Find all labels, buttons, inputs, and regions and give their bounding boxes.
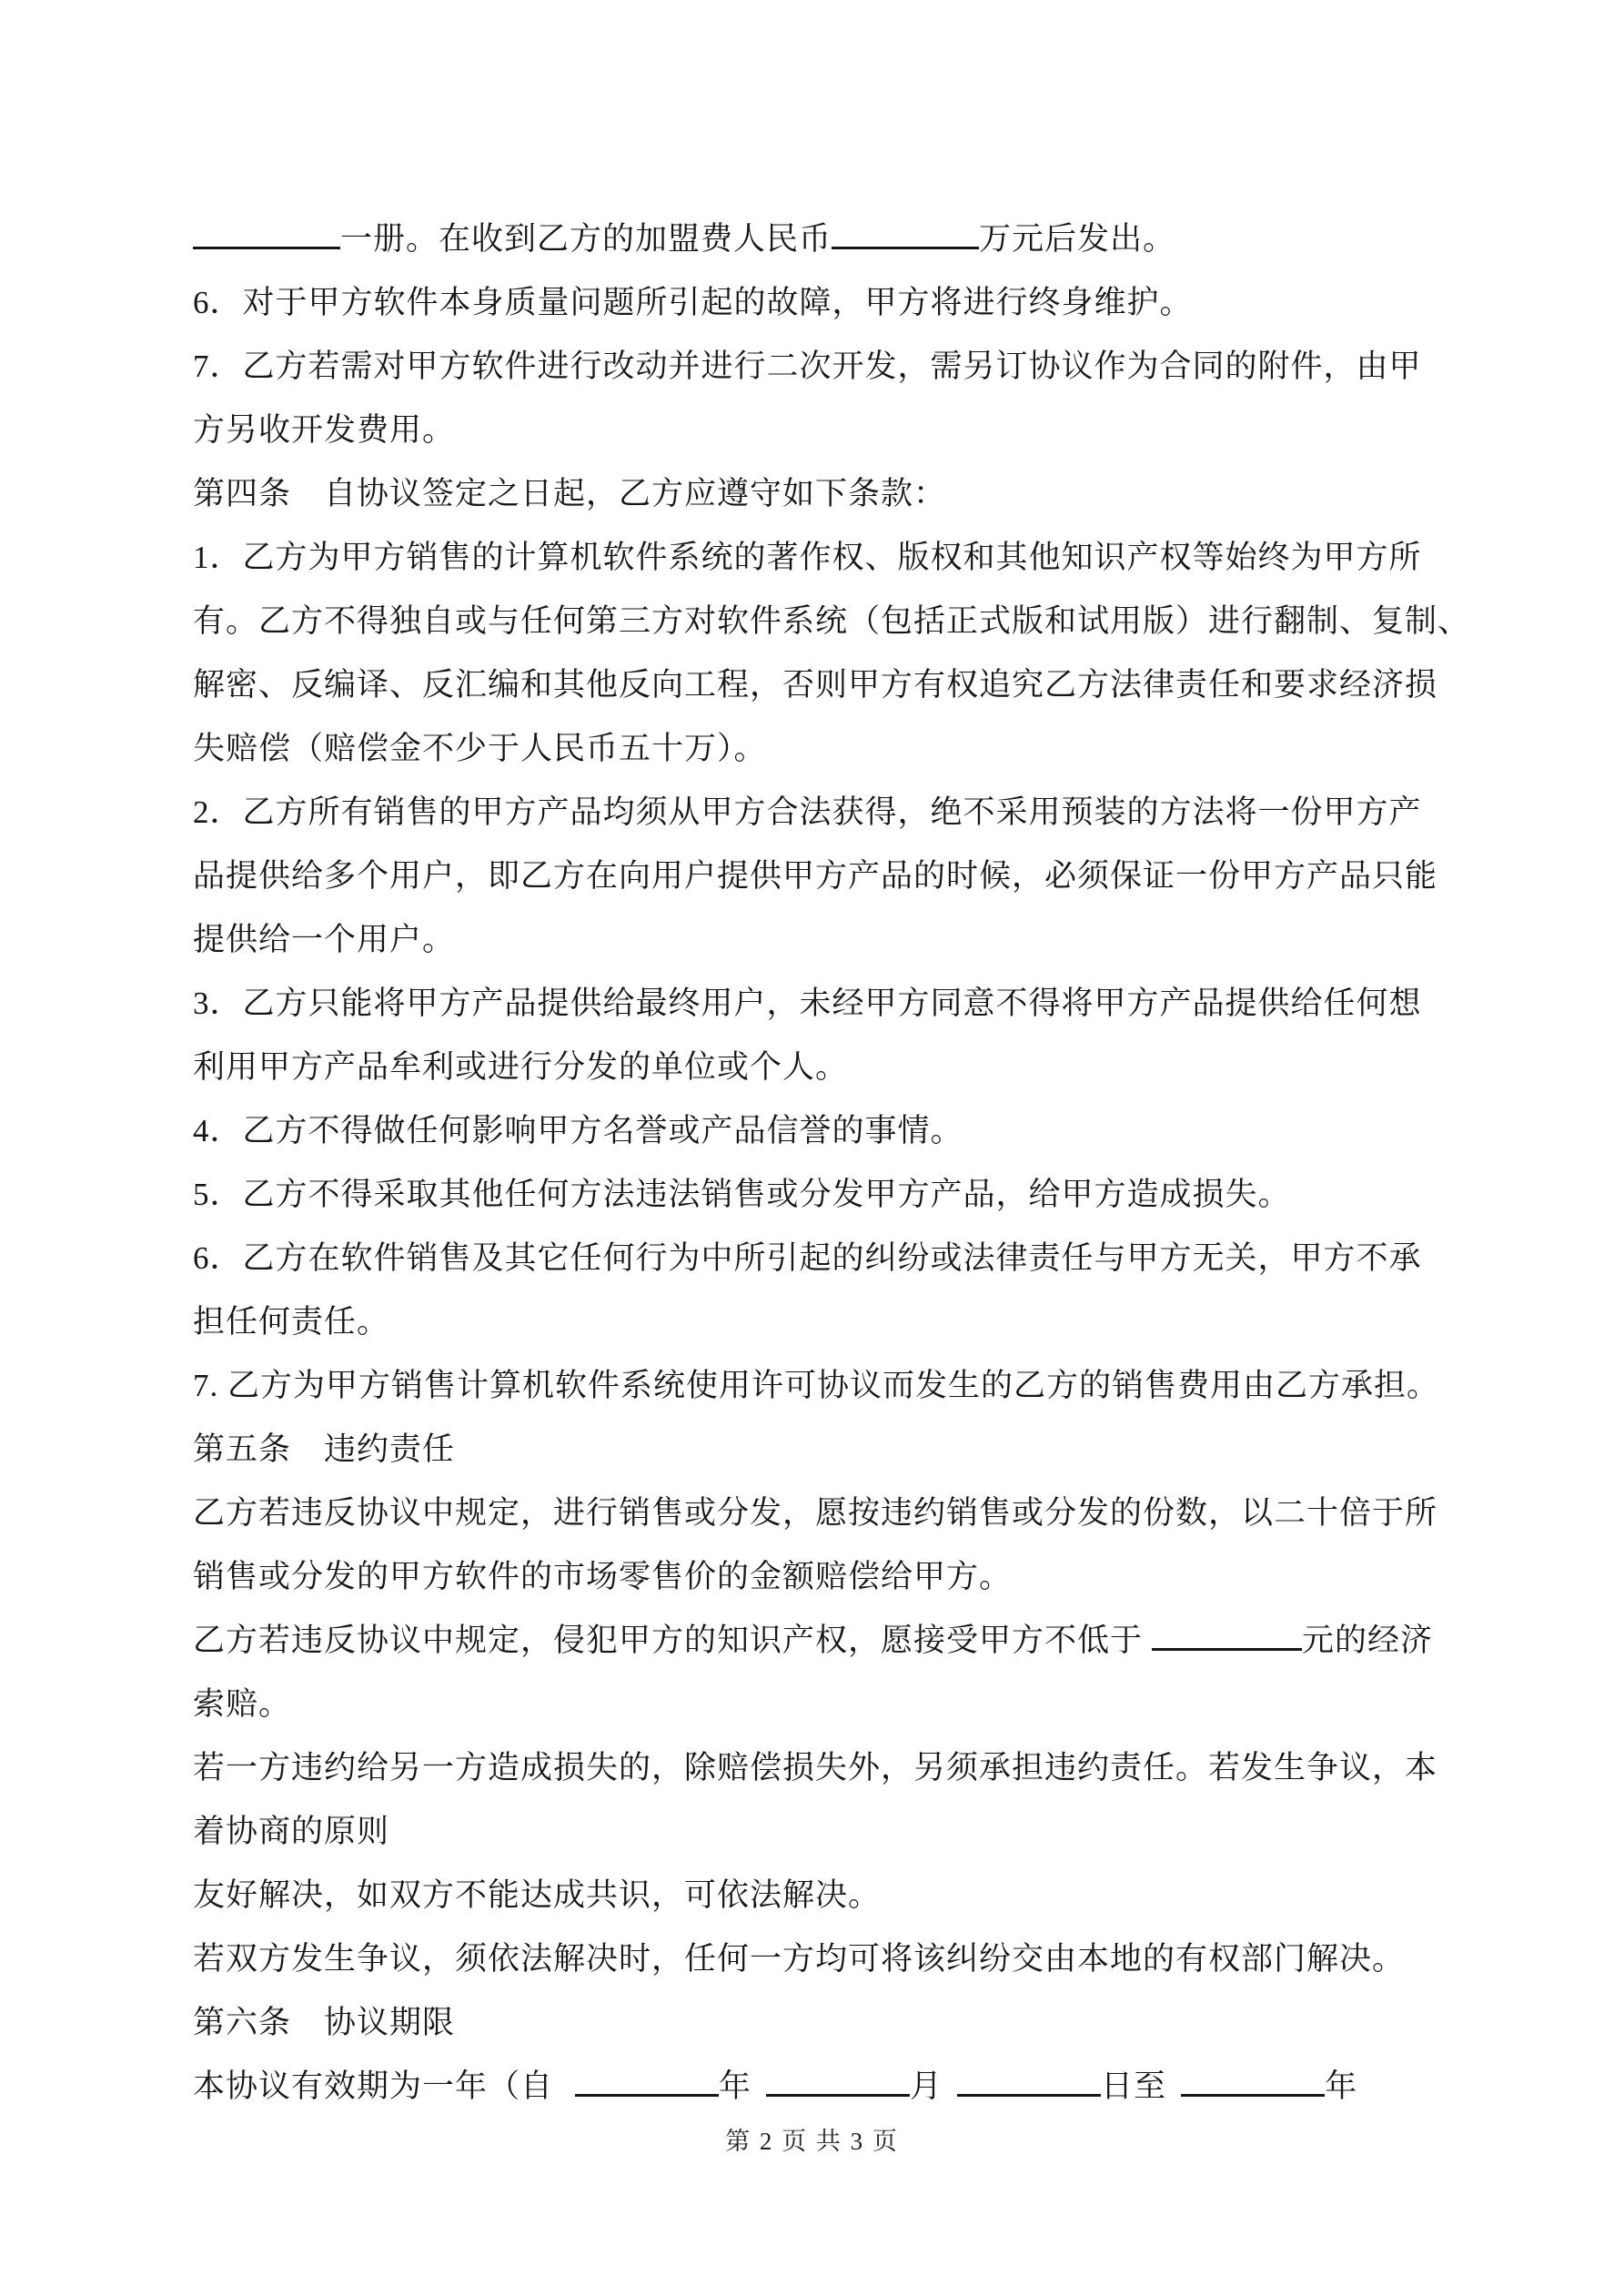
text-line: 乙方若违反协议中规定，侵犯甲方的知识产权，愿接受甲方不低于元的经济 [193, 1609, 1439, 1673]
text-line: 1．乙方为甲方销售的计算机软件系统的著作权、版权和其他知识产权等始终为甲方所 [193, 526, 1439, 590]
line-text: 万元后发出。 [979, 221, 1175, 257]
line-text: 利用甲方产品牟利或进行分发的单位或个人。 [193, 1049, 848, 1085]
line-text: 担任何责任。 [193, 1304, 389, 1340]
line-text: 年 [1325, 2068, 1357, 2104]
line-text: 年 [719, 2068, 751, 2104]
line-text: 乙方若违反协议中规定，侵犯甲方的知识产权，愿接受甲方不低于 [193, 1623, 1143, 1658]
fill-in-blank [1152, 1615, 1302, 1651]
fill-in-blank [193, 214, 340, 249]
text-line: 若双方发生争议，须依法解决时，任何一方均可将该纠纷交由本地的有权部门解决。 [193, 1927, 1439, 1991]
text-line: 方另收开发费用。 [193, 399, 1439, 462]
text-line: 第六条 协议期限 [193, 1991, 1439, 2055]
page-footer: 第 2 页 共 3 页 [0, 2122, 1624, 2160]
line-text: 若一方违约给另一方造成损失的，除赔偿损失外，另须承担违约责任。若发生争议，本 [193, 1750, 1437, 1785]
text-line: 乙方若违反协议中规定，进行销售或分发，愿按违约销售或分发的份数，以二十倍于所 [193, 1482, 1439, 1545]
line-text: 销售或分发的甲方软件的市场零售价的金额赔偿给甲方。 [193, 1559, 1012, 1594]
text-line: 2．乙方所有销售的甲方产品均须从甲方合法获得，绝不采用预装的方法将一份甲方产 [193, 781, 1439, 845]
spacer [943, 2096, 957, 2097]
line-text: 7. 乙方为甲方销售计算机软件系统使用许可协议而发生的乙方的销售费用由乙方承担。 [193, 1368, 1439, 1403]
text-line: 本协议有效期为一年（自年月日至年 [193, 2055, 1439, 2119]
text-line: 担任何责任。 [193, 1290, 1439, 1354]
text-line: 5．乙方不得采取其他任何方法违法销售或分发甲方产品，给甲方造成损失。 [193, 1163, 1439, 1227]
line-text: 解密、反编译、反汇编和其他反向工程，否则甲方有权追究乙方法律责任和要求经济损 [193, 667, 1437, 703]
line-text: 乙方若违反协议中规定，进行销售或分发，愿按违约销售或分发的份数，以二十倍于所 [193, 1495, 1437, 1531]
text-line: 友好解决，如双方不能达成共识，可依法解决。 [193, 1864, 1439, 1927]
text-line: 提供给一个用户。 [193, 908, 1439, 972]
line-text: 6．乙方在软件销售及其它任何行为中所引起的纠纷或法律责任与甲方无关，甲方不承 [193, 1240, 1422, 1276]
line-text: 日至 [1101, 2068, 1166, 2104]
spacer [1143, 1650, 1152, 1651]
text-line: 一册。在收到乙方的加盟费人民币万元后发出。 [193, 207, 1439, 271]
line-text: 4．乙方不得做任何影响甲方名誉或产品信誉的事情。 [193, 1113, 963, 1148]
document-body: 一册。在收到乙方的加盟费人民币万元后发出。6．对于甲方软件本身质量问题所引起的故… [193, 207, 1439, 2119]
text-line: 4．乙方不得做任何影响甲方名誉或产品信誉的事情。 [193, 1099, 1439, 1163]
line-text: 本协议有效期为一年（自 [193, 2068, 553, 2104]
line-text: 第六条 协议期限 [193, 2005, 455, 2040]
spacer [1166, 2096, 1181, 2097]
line-text: 一册。在收到乙方的加盟费人民币 [340, 221, 832, 257]
text-line: 6．乙方在软件销售及其它任何行为中所引起的纠纷或法律责任与甲方无关，甲方不承 [193, 1227, 1439, 1290]
text-line: 3．乙方只能将甲方产品提供给最终用户，未经甲方同意不得将甲方产品提供给任何想 [193, 972, 1439, 1036]
text-line: 解密、反编译、反汇编和其他反向工程，否则甲方有权追究乙方法律责任和要求经济损 [193, 653, 1439, 717]
line-text: 第五条 违约责任 [193, 1431, 455, 1467]
text-line: 第四条 自协议签定之日起，乙方应遵守如下条款： [193, 462, 1439, 526]
fill-in-blank [957, 2061, 1101, 2097]
spacer [553, 2096, 575, 2097]
line-text: 7．乙方若需对甲方软件进行改动并进行二次开发，需另订协议作为合同的附件，由甲 [193, 349, 1422, 384]
line-text: 第四条 自协议签定之日起，乙方应遵守如下条款： [193, 476, 946, 511]
line-text: 有。乙方不得独自或与任何第三方对软件系统（包括正式版和试用版）进行翻制、复制、 [193, 603, 1470, 639]
text-line: 7. 乙方为甲方销售计算机软件系统使用许可协议而发生的乙方的销售费用由乙方承担。 [193, 1354, 1439, 1418]
text-line: 销售或分发的甲方软件的市场零售价的金额赔偿给甲方。 [193, 1545, 1439, 1609]
line-text: 友好解决，如双方不能达成共识，可依法解决。 [193, 1877, 881, 1913]
text-line: 索赔。 [193, 1673, 1439, 1736]
document-page: 一册。在收到乙方的加盟费人民币万元后发出。6．对于甲方软件本身质量问题所引起的故… [0, 0, 1624, 2296]
line-text: 若双方发生争议，须依法解决时，任何一方均可将该纠纷交由本地的有权部门解决。 [193, 1941, 1405, 1977]
fill-in-blank [575, 2061, 719, 2097]
line-text: 方另收开发费用。 [193, 412, 455, 448]
text-line: 有。乙方不得独自或与任何第三方对软件系统（包括正式版和试用版）进行翻制、复制、 [193, 590, 1439, 653]
line-text: 提供给一个用户。 [193, 922, 455, 957]
spacer [751, 2096, 766, 2097]
line-text: 失赔偿（赔偿金不少于人民币五十万）。 [193, 731, 767, 766]
line-text: 元的经济 [1302, 1623, 1433, 1658]
text-line: 6．对于甲方软件本身质量问题所引起的故障，甲方将进行终身维护。 [193, 271, 1439, 335]
line-text: 6．对于甲方软件本身质量问题所引起的故障，甲方将进行终身维护。 [193, 285, 1193, 320]
text-line: 着协商的原则 [193, 1800, 1439, 1864]
text-line: 若一方违约给另一方造成损失的，除赔偿损失外，另须承担违约责任。若发生争议，本 [193, 1736, 1439, 1800]
line-text: 3．乙方只能将甲方产品提供给最终用户，未经甲方同意不得将甲方产品提供给任何想 [193, 986, 1422, 1021]
text-line: 第五条 违约责任 [193, 1418, 1439, 1482]
line-text: 品提供给多个用户，即乙方在向用户提供甲方产品的时候，必须保证一份甲方产品只能 [193, 858, 1437, 894]
line-text: 索赔。 [193, 1686, 291, 1722]
text-line: 品提供给多个用户，即乙方在向用户提供甲方产品的时候，必须保证一份甲方产品只能 [193, 845, 1439, 908]
fill-in-blank [832, 214, 979, 249]
text-line: 7．乙方若需对甲方软件进行改动并进行二次开发，需另订协议作为合同的附件，由甲 [193, 335, 1439, 399]
line-text: 2．乙方所有销售的甲方产品均须从甲方合法获得，绝不采用预装的方法将一份甲方产 [193, 794, 1422, 830]
line-text: 1．乙方为甲方销售的计算机软件系统的著作权、版权和其他知识产权等始终为甲方所 [193, 540, 1422, 575]
line-text: 着协商的原则 [193, 1814, 389, 1849]
text-line: 失赔偿（赔偿金不少于人民币五十万）。 [193, 717, 1439, 781]
line-text: 5．乙方不得采取其他任何方法违法销售或分发甲方产品，给甲方造成损失。 [193, 1177, 1291, 1212]
text-line: 利用甲方产品牟利或进行分发的单位或个人。 [193, 1036, 1439, 1099]
line-text: 月 [910, 2068, 943, 2104]
fill-in-blank [766, 2061, 910, 2097]
fill-in-blank [1181, 2061, 1325, 2097]
